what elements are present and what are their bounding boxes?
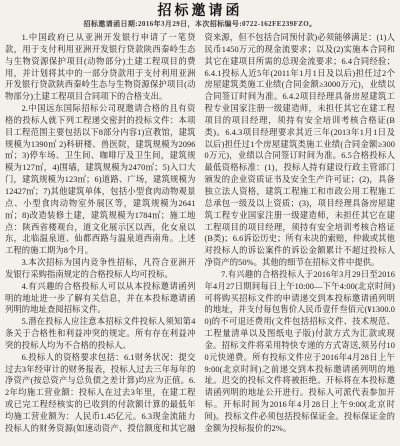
paragraph-project-scope: 2.中国远东国际招标公司现邀请合格的且有资格的投标人就下列工程递交密封的投标文件… [5, 103, 196, 257]
tender-invitation-document: 招标邀请函 招标邀请函日期:2016年3月29日，本次招标编号:0722-162… [0, 0, 400, 446]
dateline: 招标邀请函日期:2016年3月29日，本次招标编号:0722-162FE239F… [5, 19, 395, 29]
article-body: 1.中国政府已从亚洲开发银行申请了一笔贷款，用于支付利用亚洲开发银行贷款陕西秦岭… [5, 32, 395, 445]
page-title: 招标邀请函 [5, 2, 395, 18]
paragraph-info-address: 4.有兴趣的合格投标人可以从本投标邀请函列明的地址进一步了解有关信息，并在本投标… [5, 281, 196, 317]
paragraph-bidding-type: 3.本次招标为国内竞争性招标，凡符合亚洲开发银行采购指南规定的合格投标人均可投标… [5, 257, 196, 281]
paragraph-document-purchase: 7.有兴趣的合格投标人于2016年3月29日至2016年4月27日期间每日上午1… [205, 269, 396, 435]
paragraph-conflict-of-interest: 5.潜在投标人应注意本招标文件投标人须知第4条关于合格性和利益冲突的规定。所有存… [5, 316, 196, 352]
paragraph-loan-source: 1.中国政府已从亚洲开发银行申请了一笔贷款，用于支付利用亚洲开发银行贷款陕西秦岭… [5, 32, 196, 103]
